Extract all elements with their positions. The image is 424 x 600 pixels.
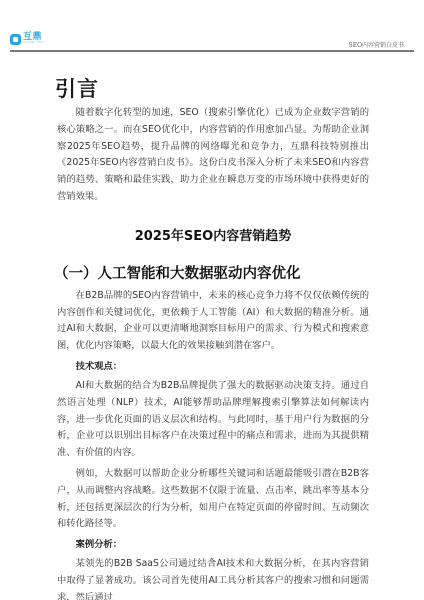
logo-icon — [10, 34, 21, 45]
intro-paragraph: 随着数字化转型的加速，SEO（搜索引擎优化）已成为企业数字营销的核心策略之一。而… — [57, 105, 369, 206]
subsection-heading: （一）人工智能和大数据驱动内容优化 — [54, 264, 369, 284]
document-title: SEO内容营销白皮书 — [349, 40, 404, 49]
company-logo: 互鼎 HU DING TECH — [10, 30, 44, 48]
body-paragraph-1: 在B2B品牌的SEO内容营销中，未来的核心竞争力将不仅仅依赖传统的内容创作和关键… — [57, 288, 369, 355]
logo-subtext: HU DING TECH — [23, 42, 44, 45]
intro-heading: 引言 — [55, 76, 369, 102]
section-title: 2025年SEO内容营销趋势 — [57, 228, 369, 246]
header-divider — [10, 50, 414, 52]
page-content: 引言 随着数字化转型的加速，SEO（搜索引擎优化）已成为企业数字营销的核心策略之… — [57, 76, 369, 600]
body-paragraph-2: AI和大数据的结合为B2B品牌提供了强大的数据驱动决策支持。通过自然语言处理（N… — [57, 378, 369, 462]
case-study-label: 案例分析： — [57, 536, 369, 553]
page-header: 互鼎 HU DING TECH SEO内容营销白皮书 — [10, 30, 414, 52]
body-paragraph-3: 例如，大数据可以帮助企业分析哪些关键词和话题最能吸引潜在B2B客户，从而调整内容… — [57, 466, 369, 533]
page-number: 6 — [0, 558, 424, 565]
tech-viewpoint-label: 技术观点： — [57, 358, 369, 375]
